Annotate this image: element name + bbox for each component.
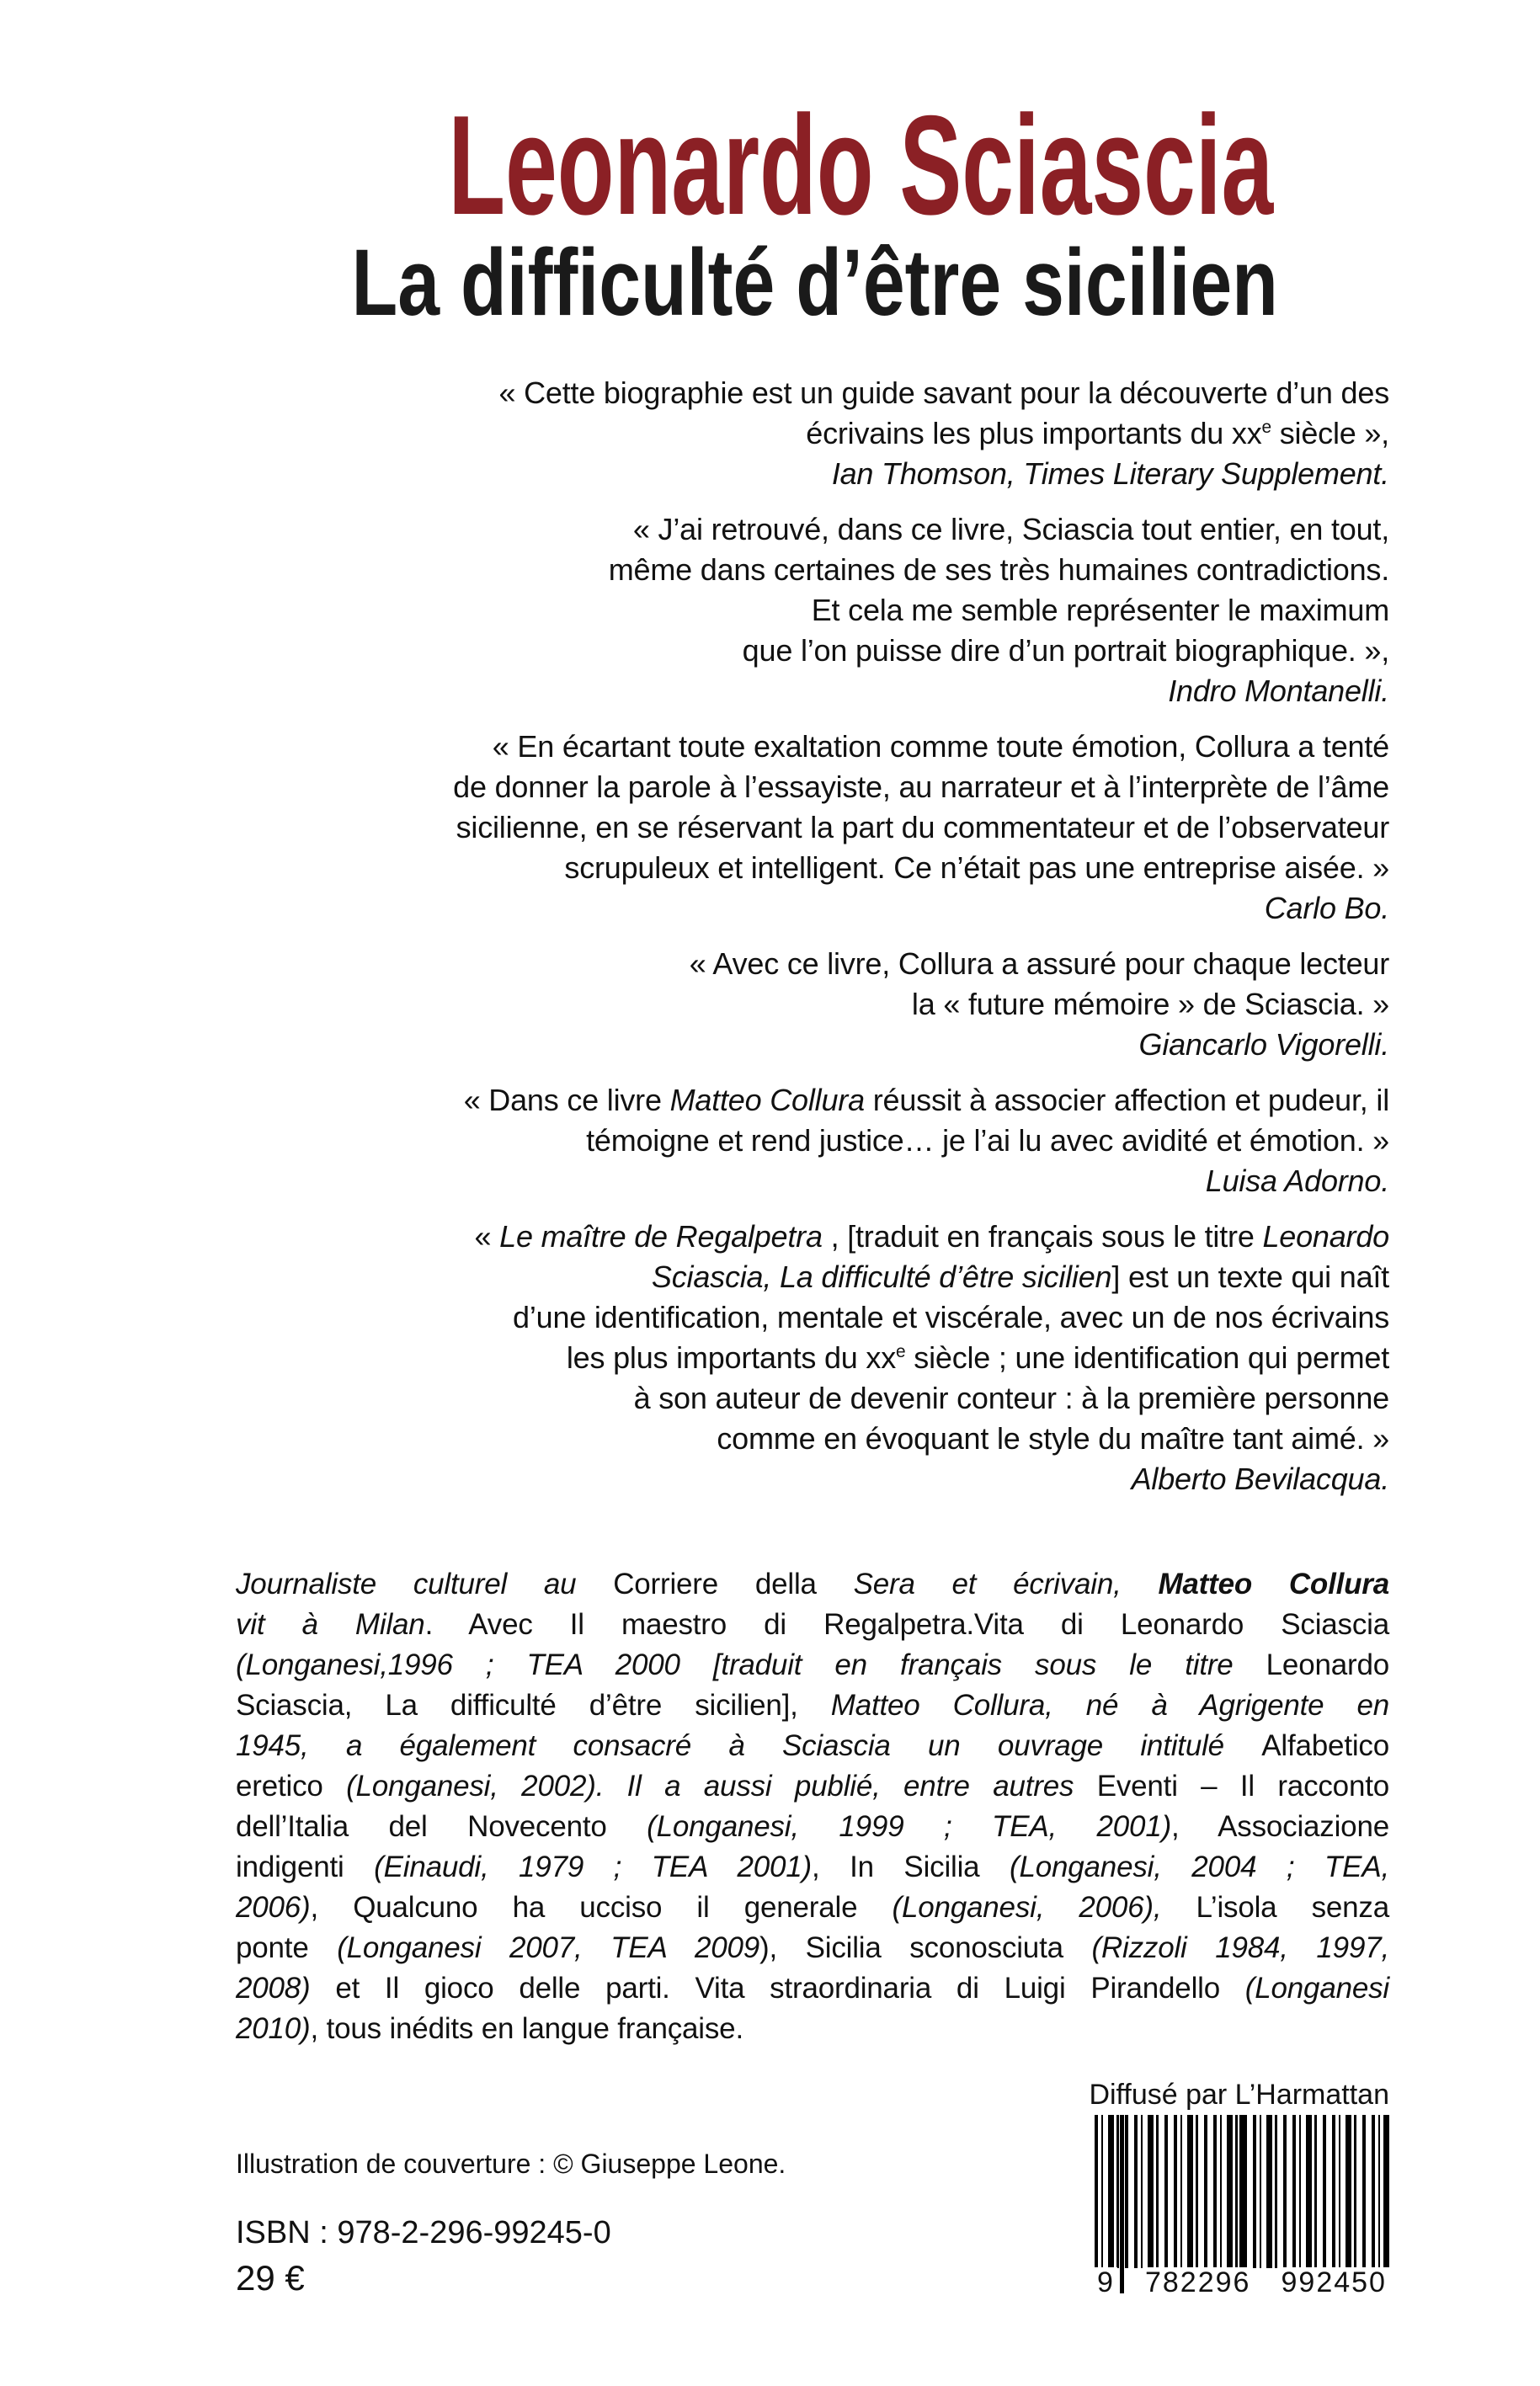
text-run: (Longanesi,1996 ; TEA 2000 [traduit en f… bbox=[236, 1648, 1266, 1681]
quote-attribution: Luisa Adorno. bbox=[236, 1161, 1389, 1201]
text-run: siècle ; une identification qui permet bbox=[905, 1340, 1389, 1375]
text-run: e bbox=[1262, 418, 1271, 437]
quote-line: « J’ai retrouvé, dans ce livre, Sciascia… bbox=[236, 509, 1389, 550]
text-run: Eventi – Il racconto bbox=[1097, 1770, 1389, 1803]
text-run: « En écartant toute exaltation comme tou… bbox=[493, 729, 1389, 764]
barcode: 9 782296 992450 bbox=[1095, 2115, 1389, 2296]
text-run: même dans certaines de ses très humaines… bbox=[609, 552, 1389, 587]
text-run: Matteo Collura, né à Agrigente en bbox=[831, 1689, 1389, 1722]
text-run: Le maître de Regalpetra bbox=[499, 1219, 823, 1254]
quote-line: même dans certaines de ses très humaines… bbox=[236, 550, 1389, 590]
text-run: « bbox=[475, 1219, 500, 1254]
text-run: à son auteur de devenir conteur : à la p… bbox=[634, 1381, 1389, 1415]
text-run: écrivains les plus importants du xx bbox=[806, 416, 1261, 450]
quote-line: « Cette biographie est un guide savant p… bbox=[236, 373, 1389, 413]
quote-line: « Avec ce livre, Collura a assuré pour c… bbox=[236, 944, 1389, 984]
text-run: Sera et écrivain, bbox=[854, 1568, 1159, 1600]
text-run: (Longanesi bbox=[1245, 1972, 1389, 2005]
text-run: les plus importants du xx bbox=[567, 1340, 896, 1375]
quote-line: comme en évoquant le style du maître tan… bbox=[236, 1419, 1389, 1459]
price: 29 € bbox=[236, 2258, 305, 2298]
text-run: , Qualcuno ha ucciso il generale bbox=[311, 1891, 893, 1924]
quote-attribution: Alberto Bevilacqua. bbox=[236, 1459, 1389, 1499]
bio-line: dell’Italia del Novecento (Longanesi, 19… bbox=[236, 1807, 1389, 1847]
bio-line: (Longanesi,1996 ; TEA 2000 [traduit en f… bbox=[236, 1645, 1389, 1686]
quote-line: « Dans ce livre Matteo Collura réussit à… bbox=[236, 1080, 1389, 1121]
text-run: la « future mémoire » de Sciascia. » bbox=[912, 987, 1389, 1021]
text-run: 2008) bbox=[236, 1972, 311, 2005]
text-run: (Longanesi 2007, TEA 2009 bbox=[337, 1931, 759, 1964]
quote-line: sicilienne, en se réservant la part du c… bbox=[236, 807, 1389, 848]
quote-line: Sciascia, La difficulté d’être sicilien]… bbox=[236, 1257, 1389, 1297]
press-quotes: « Cette biographie est un guide savant p… bbox=[236, 373, 1389, 1515]
isbn: ISBN : 978-2-296-99245-0 bbox=[236, 2214, 611, 2251]
quote-line: les plus importants du xxe siècle ; une … bbox=[236, 1338, 1389, 1378]
quote-line: « Le maître de Regalpetra , [traduit en … bbox=[236, 1217, 1389, 1257]
quote-line: scrupuleux et intelligent. Ce n’était pa… bbox=[236, 848, 1389, 888]
text-run: indigenti bbox=[236, 1851, 374, 1883]
author-bio: Journaliste culturel au Corriere della S… bbox=[236, 1564, 1389, 2049]
book-subtitle: La difficulté d’être sicilien bbox=[236, 236, 1389, 330]
text-run: Sciascia, La difficulté d’être sicilien]… bbox=[236, 1689, 831, 1722]
text-run: (Longanesi, 1999 ; TEA, 2001) bbox=[647, 1810, 1171, 1843]
quote-attribution: Giancarlo Vigorelli. bbox=[236, 1025, 1389, 1065]
text-run: , In Sicilia bbox=[812, 1851, 1010, 1883]
book-title-text: Leonardo Sciascia bbox=[448, 94, 1273, 236]
distributor-note: Diffusé par L’Harmattan bbox=[236, 2078, 1389, 2112]
quote-attribution: Indro Montanelli. bbox=[236, 671, 1389, 711]
text-run: que l’on puisse dire d’un portrait biogr… bbox=[743, 633, 1389, 668]
text-run: (Longanesi, 2004 ; TEA, bbox=[1010, 1851, 1389, 1883]
text-run: siècle », bbox=[1271, 416, 1389, 450]
text-run: , Associazione bbox=[1171, 1810, 1389, 1843]
text-run: « Avec ce livre, Collura a assuré pour c… bbox=[690, 946, 1389, 981]
book-subtitle-text: La difficulté d’être sicilien bbox=[352, 236, 1278, 330]
bio-line: Sciascia, La difficulté d’être sicilien]… bbox=[236, 1686, 1389, 1726]
text-run: Matteo Collura bbox=[670, 1083, 865, 1117]
text-run: (Longanesi, 2006), bbox=[893, 1891, 1162, 1924]
quote-block: « Avec ce livre, Collura a assuré pour c… bbox=[236, 944, 1389, 1065]
barcode-digit-group: 9 bbox=[1095, 2267, 1117, 2298]
barcode-digit-group: 782296 bbox=[1143, 2267, 1253, 2298]
bio-line: 2006), Qualcuno ha ucciso il generale (L… bbox=[236, 1888, 1389, 1928]
book-title: Leonardo Sciascia bbox=[236, 94, 1389, 236]
bio-line: ponte (Longanesi 2007, TEA 2009), Sicili… bbox=[236, 1928, 1389, 1968]
quote-line: Et cela me semble représenter le maximum bbox=[236, 590, 1389, 631]
text-run: Leonardo bbox=[1262, 1219, 1389, 1254]
barcode-digit-group: 992450 bbox=[1279, 2267, 1389, 2298]
bio-line: 2010), tous inédits en langue française. bbox=[236, 2009, 1389, 2049]
bio-line: Journaliste culturel au Corriere della S… bbox=[236, 1564, 1389, 1605]
text-run: Matteo Collura bbox=[1158, 1568, 1389, 1600]
text-run: vit à Milan bbox=[236, 1608, 425, 1641]
text-run: ), Sicilia sconosciuta bbox=[759, 1931, 1091, 1964]
text-run: « J’ai retrouvé, dans ce livre, Sciascia… bbox=[633, 512, 1389, 546]
barcode-digits: 9 782296 992450 bbox=[1095, 2267, 1389, 2298]
quote-block: « Le maître de Regalpetra , [traduit en … bbox=[236, 1217, 1389, 1499]
text-run: 1945, a également consacré à Sciascia un… bbox=[236, 1729, 1261, 1762]
text-run: Leonardo bbox=[1266, 1648, 1389, 1681]
quote-line: écrivains les plus importants du xxe siè… bbox=[236, 413, 1389, 454]
text-run: (Longanesi, 2002). Il a aussi publié, en… bbox=[346, 1770, 1097, 1803]
quote-block: « Cette biographie est un guide savant p… bbox=[236, 373, 1389, 494]
quote-line: d’une identification, mentale et viscéra… bbox=[236, 1297, 1389, 1338]
bio-line: 1945, a également consacré à Sciascia un… bbox=[236, 1726, 1389, 1766]
text-run: Et cela me semble représenter le maximum bbox=[812, 593, 1389, 627]
quote-line: la « future mémoire » de Sciascia. » bbox=[236, 984, 1389, 1025]
text-run: (Einaudi, 1979 ; TEA 2001) bbox=[374, 1851, 812, 1883]
text-run: « Dans ce livre bbox=[464, 1083, 670, 1117]
book-back-cover: Leonardo Sciascia La difficulté d’être s… bbox=[0, 0, 1540, 2386]
text-run: de donner la parole à l’essayiste, au na… bbox=[453, 770, 1389, 804]
text-run: eretico bbox=[236, 1770, 346, 1803]
text-run: Alfabetico bbox=[1261, 1729, 1389, 1762]
bio-line: eretico (Longanesi, 2002). Il a aussi pu… bbox=[236, 1766, 1389, 1807]
quote-line: à son auteur de devenir conteur : à la p… bbox=[236, 1378, 1389, 1419]
illustration-credit: Illustration de couverture : © Giuseppe … bbox=[236, 2148, 786, 2180]
text-run: scrupuleux et intelligent. Ce n’était pa… bbox=[564, 850, 1389, 885]
text-run: témoigne et rend justice… je l’ai lu ave… bbox=[586, 1123, 1389, 1158]
text-run: « Cette biographie est un guide savant p… bbox=[498, 375, 1389, 410]
quote-line: « En écartant toute exaltation comme tou… bbox=[236, 727, 1389, 767]
text-run: dell’Italia del Novecento bbox=[236, 1810, 647, 1843]
quote-block: « J’ai retrouvé, dans ce livre, Sciascia… bbox=[236, 509, 1389, 711]
text-run: . Avec Il maestro di Regalpetra.Vita di … bbox=[425, 1608, 1389, 1641]
bio-line: vit à Milan. Avec Il maestro di Regalpet… bbox=[236, 1605, 1389, 1645]
quote-line: de donner la parole à l’essayiste, au na… bbox=[236, 767, 1389, 807]
quote-block: « Dans ce livre Matteo Collura réussit à… bbox=[236, 1080, 1389, 1201]
text-run: , [traduit en français sous le titre bbox=[823, 1219, 1263, 1254]
quote-attribution: Carlo Bo. bbox=[236, 888, 1389, 929]
text-run: comme en évoquant le style du maître tan… bbox=[717, 1421, 1389, 1456]
text-run: L’isola senza bbox=[1161, 1891, 1389, 1924]
text-run: Corriere della bbox=[613, 1568, 853, 1600]
quote-attribution: Ian Thomson, Times Literary Supplement. bbox=[236, 454, 1389, 494]
text-run: ] est un texte qui naît bbox=[1111, 1260, 1389, 1294]
quote-block: « En écartant toute exaltation comme tou… bbox=[236, 727, 1389, 929]
text-run: e bbox=[896, 1342, 905, 1361]
quote-line: témoigne et rend justice… je l’ai lu ave… bbox=[236, 1121, 1389, 1161]
text-run: ponte bbox=[236, 1931, 337, 1964]
quote-line: que l’on puisse dire d’un portrait biogr… bbox=[236, 631, 1389, 671]
text-run: (Rizzoli 1984, 1997, bbox=[1091, 1931, 1389, 1964]
bio-line: indigenti (Einaudi, 1979 ; TEA 2001), In… bbox=[236, 1847, 1389, 1888]
text-run: Sciascia, La difficulté d’être sicilien bbox=[652, 1260, 1111, 1294]
text-run: et Il gioco delle parti. Vita straordina… bbox=[311, 1972, 1245, 2005]
text-run: sicilienne, en se réservant la part du c… bbox=[456, 810, 1389, 844]
text-run: , tous inédits en langue française. bbox=[311, 2012, 743, 2045]
text-run: 2010) bbox=[236, 2012, 311, 2045]
text-run: réussit à associer affection et pudeur, … bbox=[865, 1083, 1389, 1117]
text-run: d’une identification, mentale et viscéra… bbox=[513, 1300, 1389, 1334]
bio-line: 2008) et Il gioco delle parti. Vita stra… bbox=[236, 1968, 1389, 2009]
text-run: 2006) bbox=[236, 1891, 311, 1924]
text-run: Journaliste culturel au bbox=[236, 1568, 613, 1600]
